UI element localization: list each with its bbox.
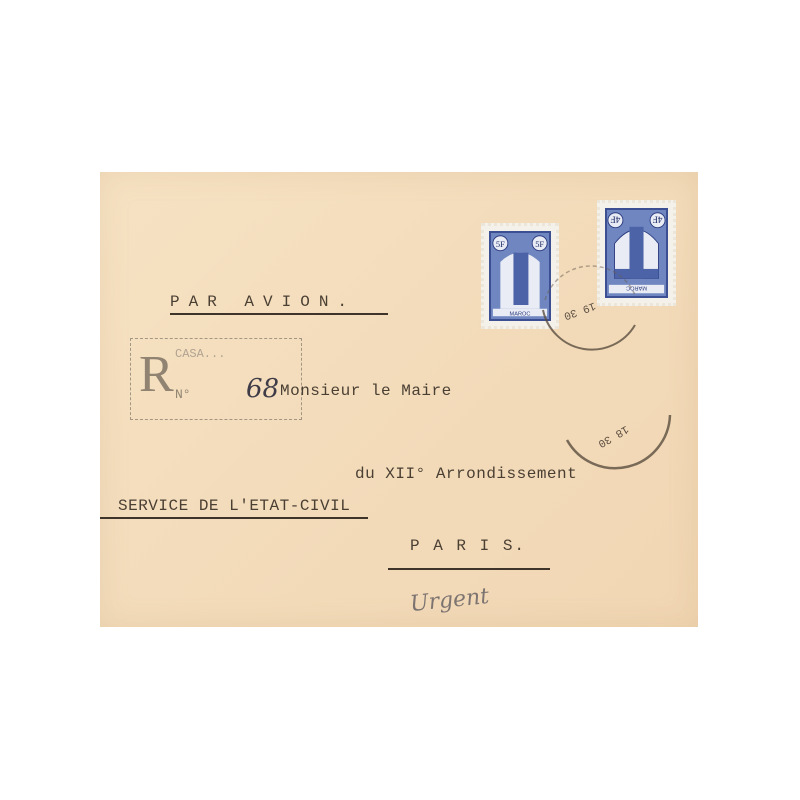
registration-number: 68 xyxy=(246,374,279,404)
svg-text:4F: 4F xyxy=(610,213,620,223)
airmail-underline xyxy=(170,313,388,315)
address-line-2: du XII° Arrondissement xyxy=(355,465,577,483)
registration-number-prefix: N° xyxy=(175,387,191,402)
airmail-label: PAR AVION. xyxy=(170,293,356,311)
address-city-underline xyxy=(388,568,550,570)
svg-text:5F: 5F xyxy=(496,240,505,249)
registration-office: CASA... xyxy=(175,347,225,361)
postmark-1: 19 30 xyxy=(525,240,655,365)
svg-text:19 30: 19 30 xyxy=(562,299,597,322)
registration-letter: R xyxy=(139,345,174,404)
svg-text:4F: 4F xyxy=(653,213,663,223)
address-line-3: SERVICE DE L'ETAT-CIVIL xyxy=(118,497,350,515)
svg-text:18 30: 18 30 xyxy=(596,422,631,449)
address-line-1: Monsieur le Maire xyxy=(280,382,452,400)
address-city: P A R I S. xyxy=(410,537,526,555)
address-line-3-underline xyxy=(100,517,368,519)
